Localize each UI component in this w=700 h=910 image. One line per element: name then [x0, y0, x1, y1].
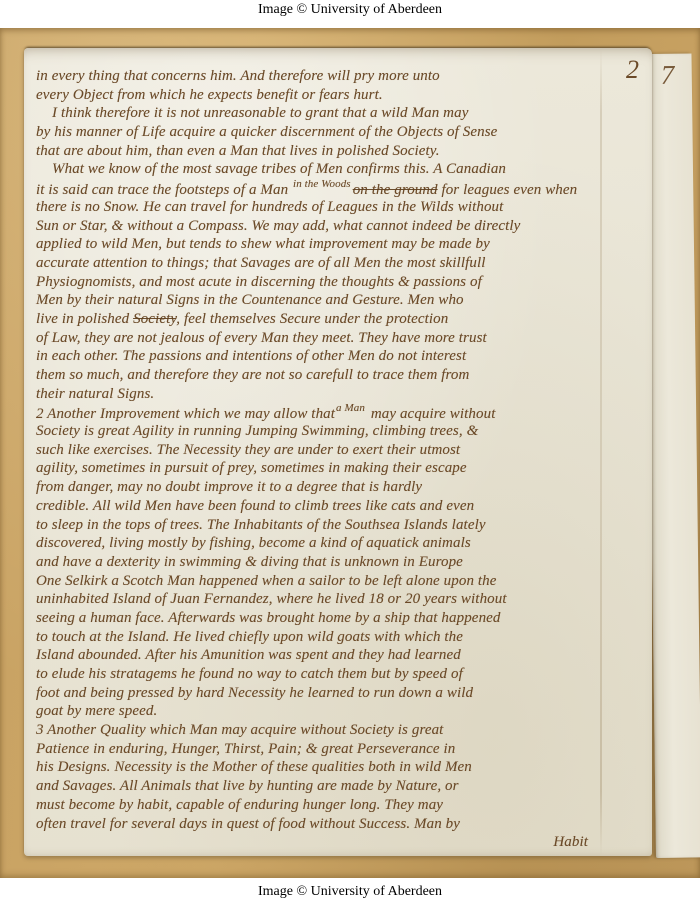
- manuscript-line: to elude his stratagems he found no way …: [36, 665, 640, 684]
- manuscript-line: and Savages. All Animals that live by hu…: [36, 777, 640, 796]
- copyright-caption-bottom: Image © University of Aberdeen: [0, 883, 700, 901]
- manuscript-line: 2 Another Improvement which we may allow…: [36, 403, 640, 422]
- manuscript-line: One Selkirk a Scotch Man happened when a…: [36, 572, 640, 591]
- manuscript-line: by his manner of Life acquire a quicker …: [36, 123, 640, 142]
- manuscript-line: of Law, they are not jealous of every Ma…: [36, 329, 640, 348]
- manuscript-line: every Object from which he expects benef…: [36, 86, 640, 105]
- scan-mount: 7 2 in every thing that concerns him. An…: [0, 28, 700, 878]
- manuscript-page: 2 in every thing that concerns him. And …: [24, 48, 652, 856]
- copyright-caption-top: Image © University of Aberdeen: [0, 1, 700, 19]
- manuscript-line: Men by their natural Signs in the Counte…: [36, 291, 640, 310]
- manuscript-line: accurate attention to things; that Savag…: [36, 254, 640, 273]
- manuscript-line: live in polished Society, feel themselve…: [36, 310, 640, 329]
- manuscript-line: must become by habit, capable of endurin…: [36, 796, 640, 815]
- manuscript-line: Society is great Agility in running Jump…: [36, 422, 640, 441]
- manuscript-line: to touch at the Island. He lived chiefly…: [36, 628, 640, 647]
- manuscript-text: in every thing that concerns him. And th…: [36, 67, 640, 852]
- manuscript-line: goat by mere speed.: [36, 702, 640, 721]
- manuscript-line: 3 Another Quality which Man may acquire …: [36, 721, 640, 740]
- adjacent-page-edge: 7: [645, 53, 700, 858]
- manuscript-line: What we know of the most savage tribes o…: [36, 160, 640, 179]
- manuscript-line: often travel for several days in quest o…: [36, 815, 640, 834]
- manuscript-line: there is no Snow. He can travel for hund…: [36, 198, 640, 217]
- manuscript-line: foot and being pressed by hard Necessity…: [36, 684, 640, 703]
- manuscript-line: Sun or Star, & without a Compass. We may…: [36, 217, 640, 236]
- manuscript-line: discovered, living mostly by fishing, be…: [36, 534, 640, 553]
- manuscript-line: seeing a human face. Afterwards was brou…: [36, 609, 640, 628]
- manuscript-line: them so much, and therefore they are not…: [36, 366, 640, 385]
- adjacent-page-number: 7: [661, 60, 675, 91]
- manuscript-line: in every thing that concerns him. And th…: [36, 67, 640, 86]
- manuscript-line: Physiognomists, and most acute in discer…: [36, 273, 640, 292]
- manuscript-line: from danger, may no doubt improve it to …: [36, 478, 640, 497]
- manuscript-line: and have a dexterity in swimming & divin…: [36, 553, 640, 572]
- manuscript-line: that are about him, than even a Man that…: [36, 142, 640, 161]
- manuscript-line: it is said can trace the footsteps of a …: [36, 179, 640, 198]
- manuscript-line: his Designs. Necessity is the Mother of …: [36, 758, 640, 777]
- manuscript-line: their natural Signs.: [36, 385, 640, 404]
- manuscript-line: such like exercises. The Necessity they …: [36, 441, 640, 460]
- manuscript-line: I think therefore it is not unreasonable…: [36, 104, 640, 123]
- manuscript-line: in each other. The passions and intentio…: [36, 347, 640, 366]
- manuscript-line: agility, sometimes in pursuit of prey, s…: [36, 459, 640, 478]
- manuscript-line: to sleep in the tops of trees. The Inhab…: [36, 516, 640, 535]
- manuscript-line: applied to wild Men, but tends to shew w…: [36, 235, 640, 254]
- manuscript-line: credible. All wild Men have been found t…: [36, 497, 640, 516]
- manuscript-line: Habit: [36, 833, 640, 852]
- manuscript-line: uninhabited Island of Juan Fernandez, wh…: [36, 590, 640, 609]
- manuscript-line: Patience in enduring, Hunger, Thirst, Pa…: [36, 740, 640, 759]
- manuscript-line: Island abounded. After his Amunition was…: [36, 646, 640, 665]
